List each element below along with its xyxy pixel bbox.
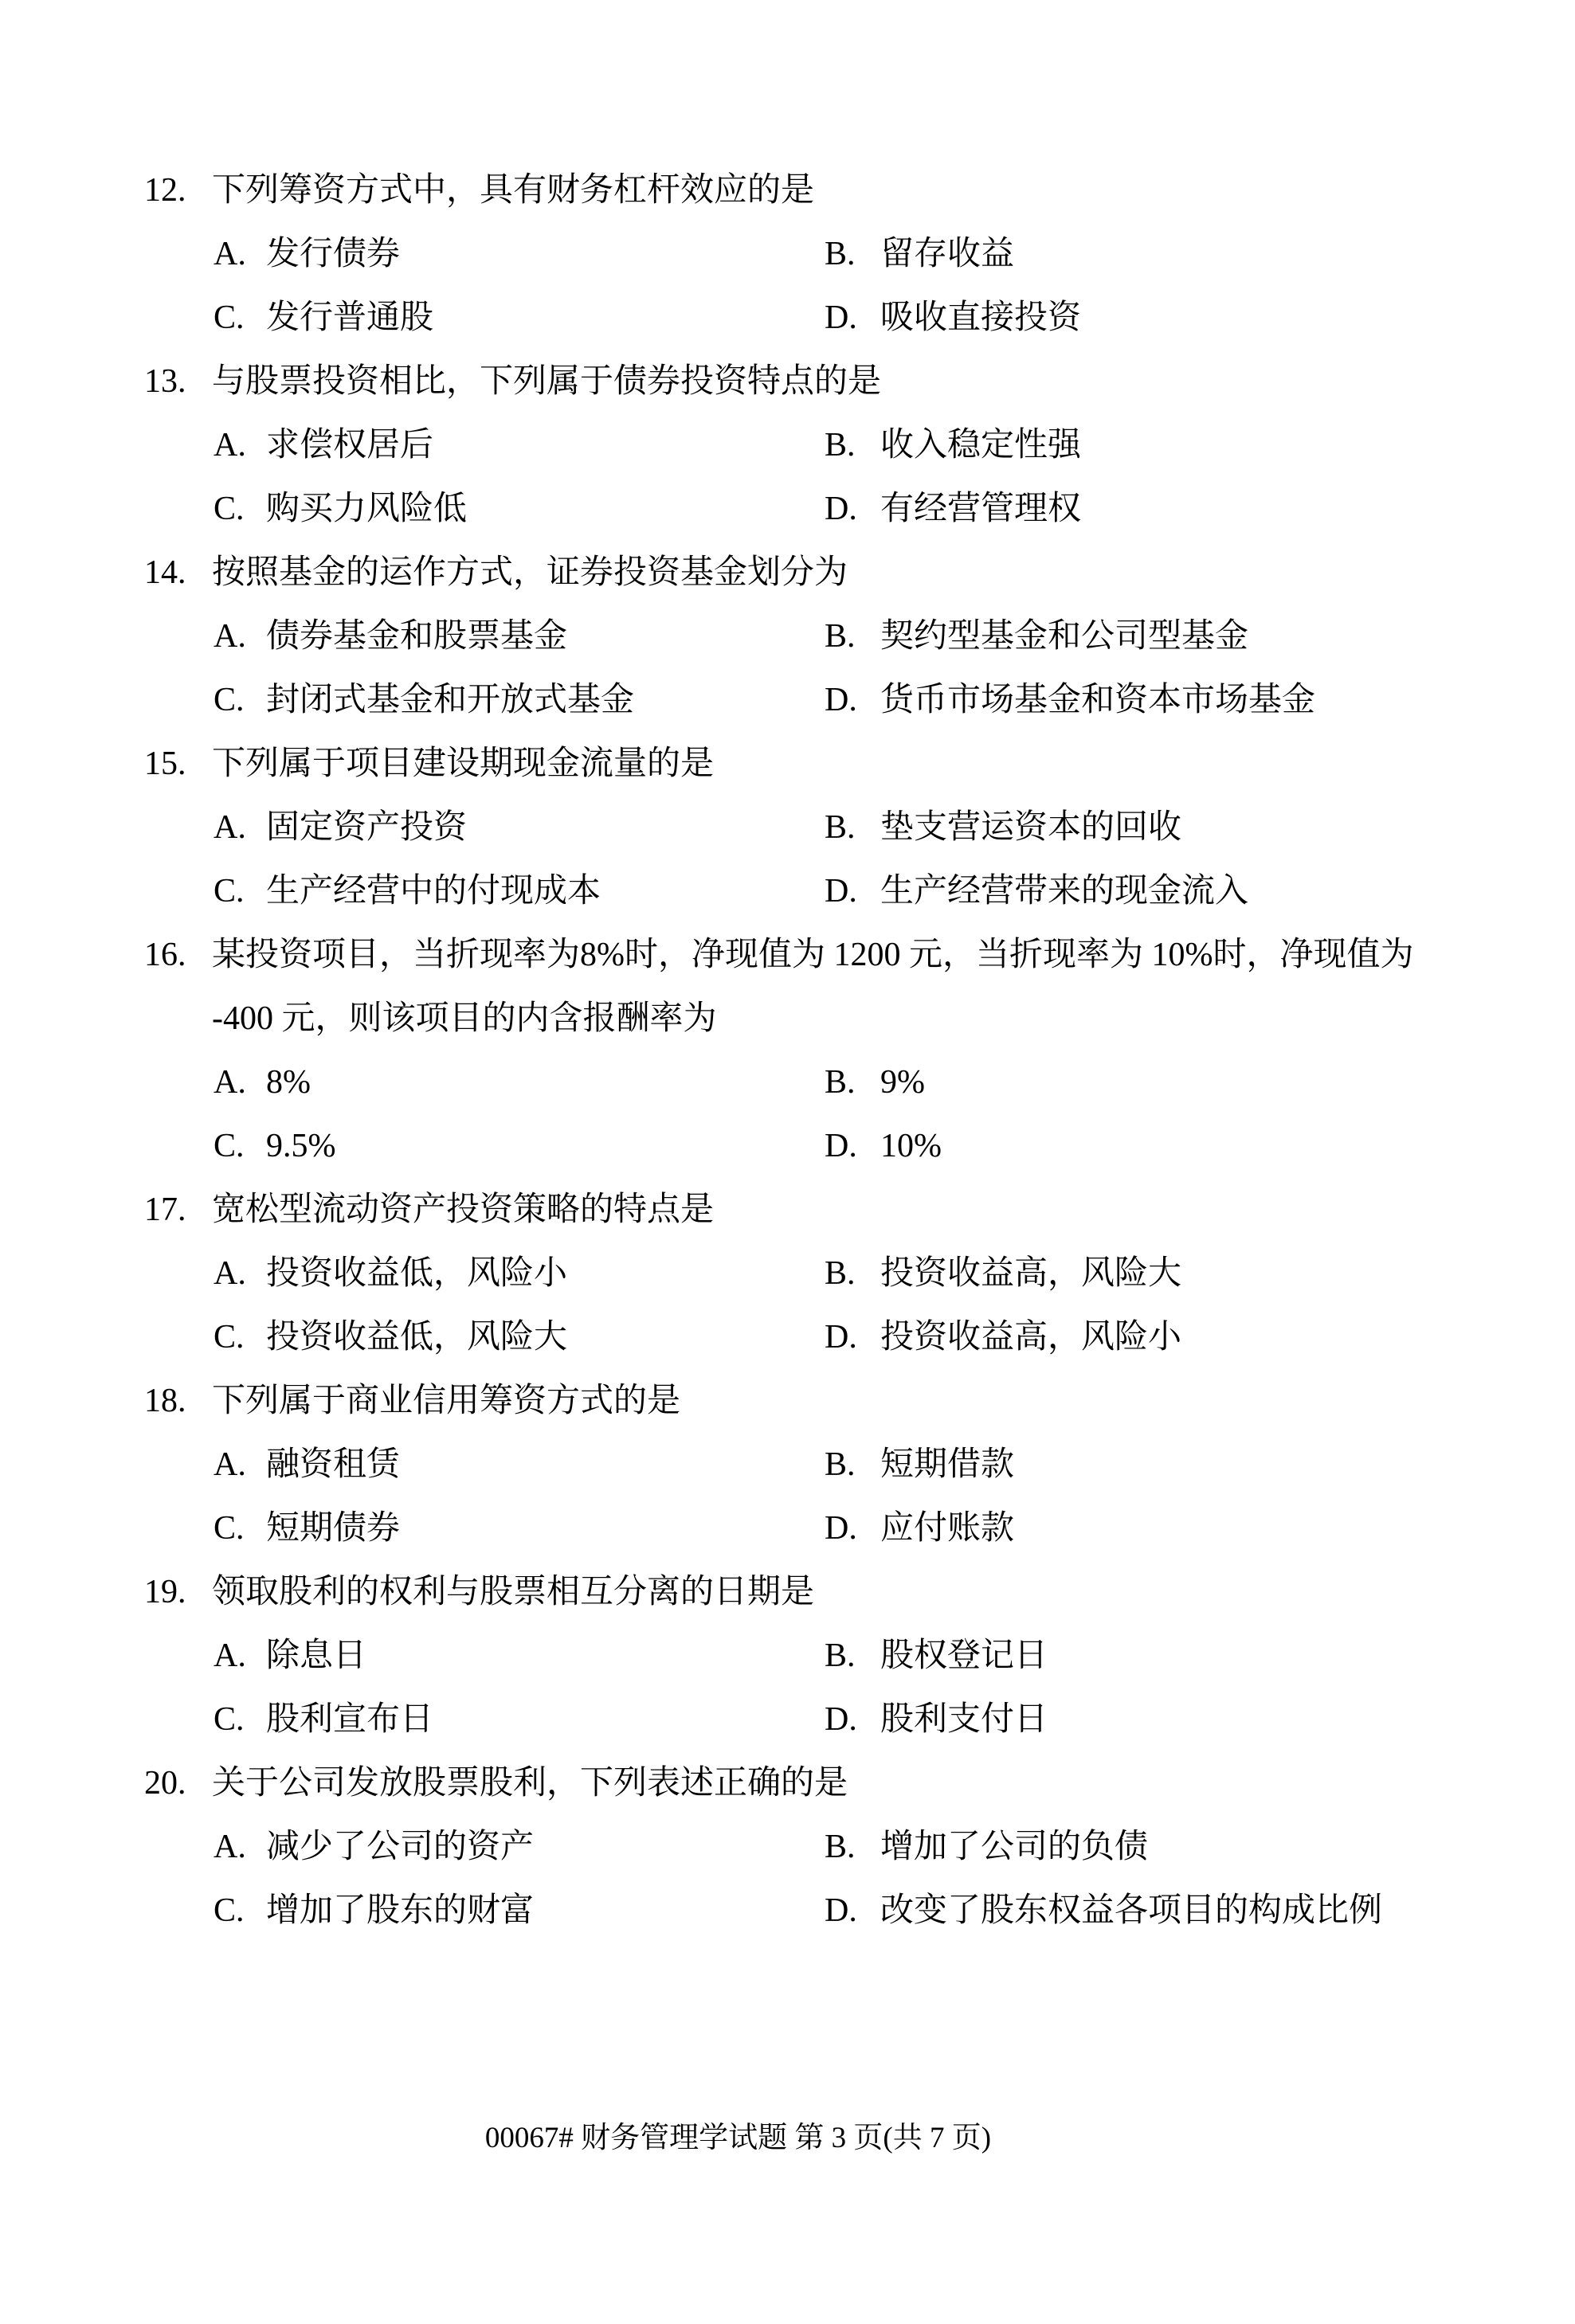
option-letter: C. xyxy=(214,1114,266,1178)
option-text: 9% xyxy=(880,1064,925,1101)
option-a: A.债券基金和股票基金 xyxy=(214,604,825,668)
option-letter: A. xyxy=(214,1050,266,1114)
option-a: A.8% xyxy=(214,1050,825,1114)
question-text: 某投资项目，当折现率为8%时，净现值为 1200 元，当折现率为 10%时，净现… xyxy=(212,937,1413,973)
question-text-line2: -400 元，则该项目的内含报酬率为 xyxy=(212,1000,717,1037)
option-a: A.固定资产投资 xyxy=(214,796,825,859)
option-d: D.10% xyxy=(825,1114,942,1178)
option-letter: D. xyxy=(825,1114,880,1178)
option-b: B.9% xyxy=(825,1050,925,1114)
option-letter: B. xyxy=(825,1050,880,1114)
option-letter: C. xyxy=(214,668,266,732)
option-letter: B. xyxy=(825,1242,880,1305)
option-text: 投资收益高，风险大 xyxy=(880,1255,1181,1292)
option-c: C.短期债券 xyxy=(214,1497,825,1560)
option-c: C.增加了股东的财富 xyxy=(214,1879,825,1943)
question-13: 13.与股票投资相比，下列属于债券投资特点的是 A.求偿权居后B.收入稳定性强 … xyxy=(0,350,1575,541)
question-20: 20.关于公司发放股票股利，下列表述正确的是 A.减少了公司的资产B.增加了公司… xyxy=(0,1751,1575,1943)
option-c: C.购买力风险低 xyxy=(214,477,825,541)
question-17: 17.宽松型流动资产投资策略的特点是 A.投资收益低，风险小B.投资收益高，风险… xyxy=(0,1178,1575,1369)
option-letter: A. xyxy=(214,1624,266,1688)
option-d: D.应付账款 xyxy=(825,1497,1014,1560)
option-text: 有经营管理权 xyxy=(880,491,1081,527)
option-letter: C. xyxy=(214,1305,266,1369)
option-text: 增加了股东的财富 xyxy=(266,1892,534,1929)
option-d: D.有经营管理权 xyxy=(825,477,1081,541)
option-letter: B. xyxy=(825,413,880,477)
option-text: 发行债券 xyxy=(266,236,400,272)
option-letter: B. xyxy=(825,1624,880,1688)
question-text: 关于公司发放股票股利，下列表述正确的是 xyxy=(212,1765,848,1802)
option-letter: C. xyxy=(214,1688,266,1751)
option-letter: C. xyxy=(214,286,266,350)
question-15: 15.下列属于项目建设期现金流量的是 A.固定资产投资B.垫支营运资本的回收 C… xyxy=(0,732,1575,923)
option-text: 吸收直接投资 xyxy=(880,299,1081,336)
question-text: 与股票投资相比，下列属于债券投资特点的是 xyxy=(212,363,881,400)
question-16: 16.某投资项目，当折现率为8%时，净现值为 1200 元，当折现率为 10%时… xyxy=(0,923,1575,1178)
question-text: 领取股利的权利与股票相互分离的日期是 xyxy=(212,1574,814,1610)
option-c: C.9.5% xyxy=(214,1114,825,1178)
option-text: 8% xyxy=(266,1064,311,1101)
option-letter: A. xyxy=(214,222,266,286)
option-letter: B. xyxy=(825,1815,880,1879)
option-text: 留存收益 xyxy=(880,236,1014,272)
option-text: 垫支营运资本的回收 xyxy=(880,809,1181,846)
option-text: 发行普通股 xyxy=(266,299,433,336)
option-letter: D. xyxy=(825,668,880,732)
option-d: D.货币市场基金和资本市场基金 xyxy=(825,668,1315,732)
option-text: 契约型基金和公司型基金 xyxy=(880,618,1248,655)
option-text: 生产经营中的付现成本 xyxy=(266,873,601,910)
option-letter: A. xyxy=(214,1242,266,1305)
option-letter: D. xyxy=(825,1305,880,1369)
exam-page: 12.下列筹资方式中，具有财务杠杆效应的是 A.发行债券B.留存收益 C.发行普… xyxy=(0,0,1575,2324)
question-number: 19. xyxy=(144,1560,212,1624)
option-c: C.发行普通股 xyxy=(214,286,825,350)
option-letter: A. xyxy=(214,604,266,668)
option-b: B.增加了公司的负债 xyxy=(825,1815,1148,1879)
question-text: 宽松型流动资产投资策略的特点是 xyxy=(212,1191,714,1228)
option-letter: B. xyxy=(825,796,880,859)
option-b: B.短期借款 xyxy=(825,1433,1014,1497)
option-text: 股权登记日 xyxy=(880,1637,1048,1674)
option-text: 应付账款 xyxy=(880,1510,1014,1547)
question-text: 下列属于项目建设期现金流量的是 xyxy=(212,745,714,782)
option-text: 封闭式基金和开放式基金 xyxy=(266,682,634,718)
option-text: 固定资产投资 xyxy=(266,809,467,846)
option-c: C.投资收益低，风险大 xyxy=(214,1305,825,1369)
option-c: C.生产经营中的付现成本 xyxy=(214,859,825,923)
option-text: 投资收益低，风险小 xyxy=(266,1255,567,1292)
question-number: 13. xyxy=(144,350,212,413)
option-letter: B. xyxy=(825,1433,880,1497)
option-b: B.契约型基金和公司型基金 xyxy=(825,604,1248,668)
question-list: 12.下列筹资方式中，具有财务杠杆效应的是 A.发行债券B.留存收益 C.发行普… xyxy=(0,0,1575,1943)
question-number: 20. xyxy=(144,1751,212,1815)
option-a: A.投资收益低，风险小 xyxy=(214,1242,825,1305)
option-letter: C. xyxy=(214,1497,266,1560)
question-18: 18.下列属于商业信用筹资方式的是 A.融资租赁B.短期借款 C.短期债券D.应… xyxy=(0,1369,1575,1560)
option-text: 投资收益高，风险小 xyxy=(880,1319,1181,1356)
option-letter: C. xyxy=(214,859,266,923)
option-a: A.融资租赁 xyxy=(214,1433,825,1497)
option-b: B.收入稳定性强 xyxy=(825,413,1081,477)
option-a: A.除息日 xyxy=(214,1624,825,1688)
option-c: C.股利宣布日 xyxy=(214,1688,825,1751)
option-text: 融资租赁 xyxy=(266,1446,400,1483)
option-d: D.吸收直接投资 xyxy=(825,286,1081,350)
option-d: D.投资收益高，风险小 xyxy=(825,1305,1181,1369)
option-letter: B. xyxy=(825,604,880,668)
option-letter: A. xyxy=(214,1433,266,1497)
option-text: 短期债券 xyxy=(266,1510,400,1547)
option-text: 改变了股东权益各项目的构成比例 xyxy=(880,1892,1382,1929)
option-d: D.改变了股东权益各项目的构成比例 xyxy=(825,1879,1382,1943)
option-letter: D. xyxy=(825,1879,880,1943)
question-number: 14. xyxy=(144,541,212,604)
option-b: B.投资收益高，风险大 xyxy=(825,1242,1181,1305)
question-19: 19.领取股利的权利与股票相互分离的日期是 A.除息日B.股权登记日 C.股利宣… xyxy=(0,1560,1575,1751)
option-letter: A. xyxy=(214,1815,266,1879)
option-d: D.股利支付日 xyxy=(825,1688,1048,1751)
option-a: A.求偿权居后 xyxy=(214,413,825,477)
question-number: 12. xyxy=(144,158,212,222)
option-a: A.发行债券 xyxy=(214,222,825,286)
option-a: A.减少了公司的资产 xyxy=(214,1815,825,1879)
option-text: 10% xyxy=(880,1128,942,1164)
option-b: B.垫支营运资本的回收 xyxy=(825,796,1181,859)
option-letter: A. xyxy=(214,796,266,859)
question-12: 12.下列筹资方式中，具有财务杠杆效应的是 A.发行债券B.留存收益 C.发行普… xyxy=(0,158,1575,350)
option-letter: C. xyxy=(214,477,266,541)
question-text: 下列属于商业信用筹资方式的是 xyxy=(212,1383,680,1419)
option-text: 投资收益低，风险大 xyxy=(266,1319,567,1356)
option-text: 股利宣布日 xyxy=(266,1701,433,1738)
question-number: 18. xyxy=(144,1369,212,1433)
option-text: 增加了公司的负债 xyxy=(880,1829,1148,1865)
option-letter: D. xyxy=(825,286,880,350)
page-footer: 00067# 财务管理学试题 第 3 页(共 7 页) xyxy=(0,2107,1526,2170)
question-text: 按照基金的运作方式，证券投资基金划分为 xyxy=(212,554,848,591)
option-c: C.封闭式基金和开放式基金 xyxy=(214,668,825,732)
option-text: 收入稳定性强 xyxy=(880,427,1081,464)
option-letter: C. xyxy=(214,1879,266,1943)
question-number: 17. xyxy=(144,1178,212,1242)
option-letter: D. xyxy=(825,477,880,541)
question-text: 下列筹资方式中，具有财务杠杆效应的是 xyxy=(212,172,814,209)
question-number: 16. xyxy=(144,923,212,987)
option-text: 短期借款 xyxy=(880,1446,1014,1483)
option-text: 股利支付日 xyxy=(880,1701,1048,1738)
option-text: 货币市场基金和资本市场基金 xyxy=(880,682,1315,718)
option-b: B.股权登记日 xyxy=(825,1624,1048,1688)
option-b: B.留存收益 xyxy=(825,222,1014,286)
option-letter: A. xyxy=(214,413,266,477)
option-text: 除息日 xyxy=(266,1637,366,1674)
option-text: 减少了公司的资产 xyxy=(266,1829,534,1865)
option-letter: B. xyxy=(825,222,880,286)
question-number: 15. xyxy=(144,732,212,796)
option-text: 求偿权居后 xyxy=(266,427,433,464)
option-d: D.生产经营带来的现金流入 xyxy=(825,859,1248,923)
option-letter: D. xyxy=(825,1497,880,1560)
option-text: 购买力风险低 xyxy=(266,491,467,527)
option-letter: D. xyxy=(825,1688,880,1751)
option-letter: D. xyxy=(825,859,880,923)
option-text: 生产经营带来的现金流入 xyxy=(880,873,1248,910)
option-text: 9.5% xyxy=(266,1128,336,1164)
option-text: 债券基金和股票基金 xyxy=(266,618,567,655)
question-14: 14.按照基金的运作方式，证券投资基金划分为 A.债券基金和股票基金B.契约型基… xyxy=(0,541,1575,732)
